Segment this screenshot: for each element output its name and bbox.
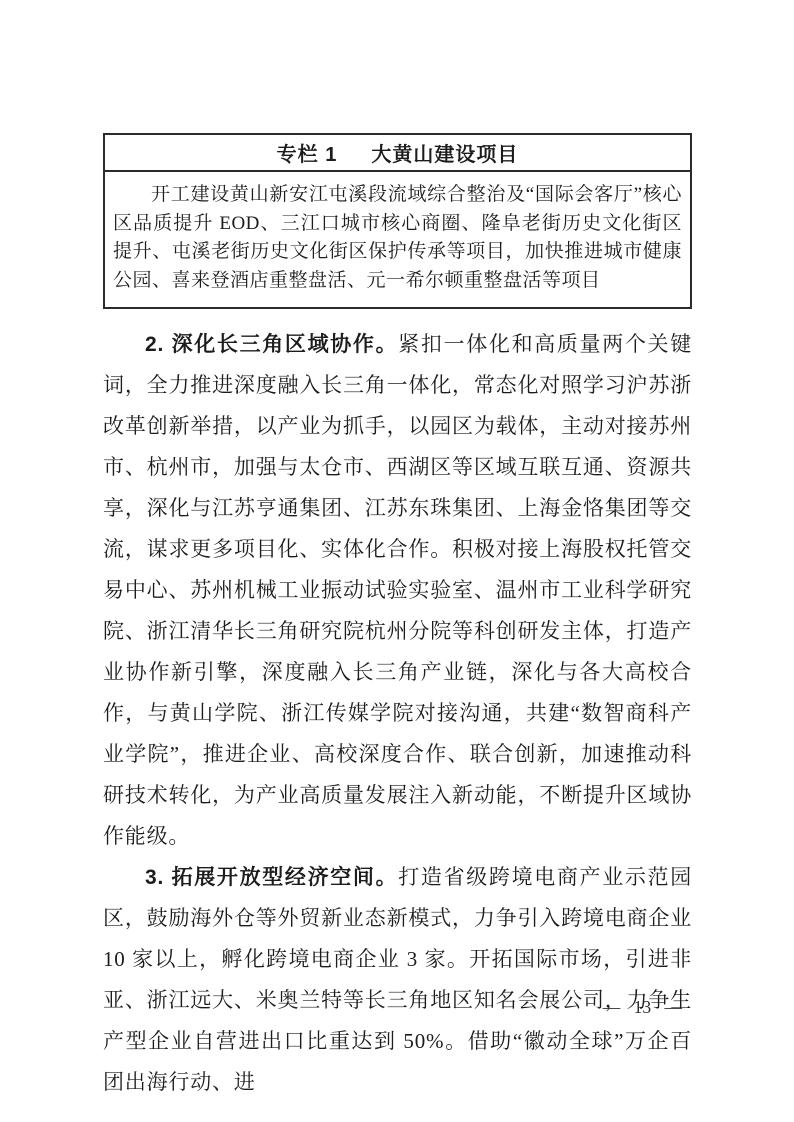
document-page: 专栏 1 大黄山建设项目 开工建设黄山新安江屯溪段流域综合整治及“国际会客厅”核… <box>0 0 794 1122</box>
callout-body-text: 开工建设黄山新安江屯溪段流域综合整治及“国际会客厅”核心区品质提升 EOD、三江… <box>105 172 690 307</box>
paragraph-open-economy-text: 打造省级跨境电商产业示范园区，鼓励海外仓等外贸新业态新模式，力争引入跨境电商企业… <box>103 865 692 1094</box>
callout-label: 专栏 1 <box>277 138 338 167</box>
page-number: — 13 — <box>603 997 682 1018</box>
paragraph-open-economy-heading: 3. 拓展开放型经济空间。 <box>145 866 398 889</box>
paragraph-regional-cooperation-text: 紧扣一体化和高质量两个关键词，全力推进深度融入长三角一体化，常态化对照学习沪苏浙… <box>103 332 692 848</box>
paragraph-regional-cooperation: 2. 深化长三角区域协作。紧扣一体化和高质量两个关键词，全力推进深度融入长三角一… <box>103 324 692 857</box>
paragraph-regional-cooperation-heading: 2. 深化长三角区域协作。 <box>145 333 398 356</box>
page-content: 专栏 1 大黄山建设项目 开工建设黄山新安江屯溪段流域综合整治及“国际会客厅”核… <box>103 133 692 1103</box>
callout-box: 专栏 1 大黄山建设项目 开工建设黄山新安江屯溪段流域综合整治及“国际会客厅”核… <box>103 133 692 309</box>
paragraph-open-economy: 3. 拓展开放型经济空间。打造省级跨境电商产业示范园区，鼓励海外仓等外贸新业态新… <box>103 857 692 1103</box>
callout-title: 大黄山建设项目 <box>371 138 518 167</box>
callout-header: 专栏 1 大黄山建设项目 <box>105 135 690 172</box>
